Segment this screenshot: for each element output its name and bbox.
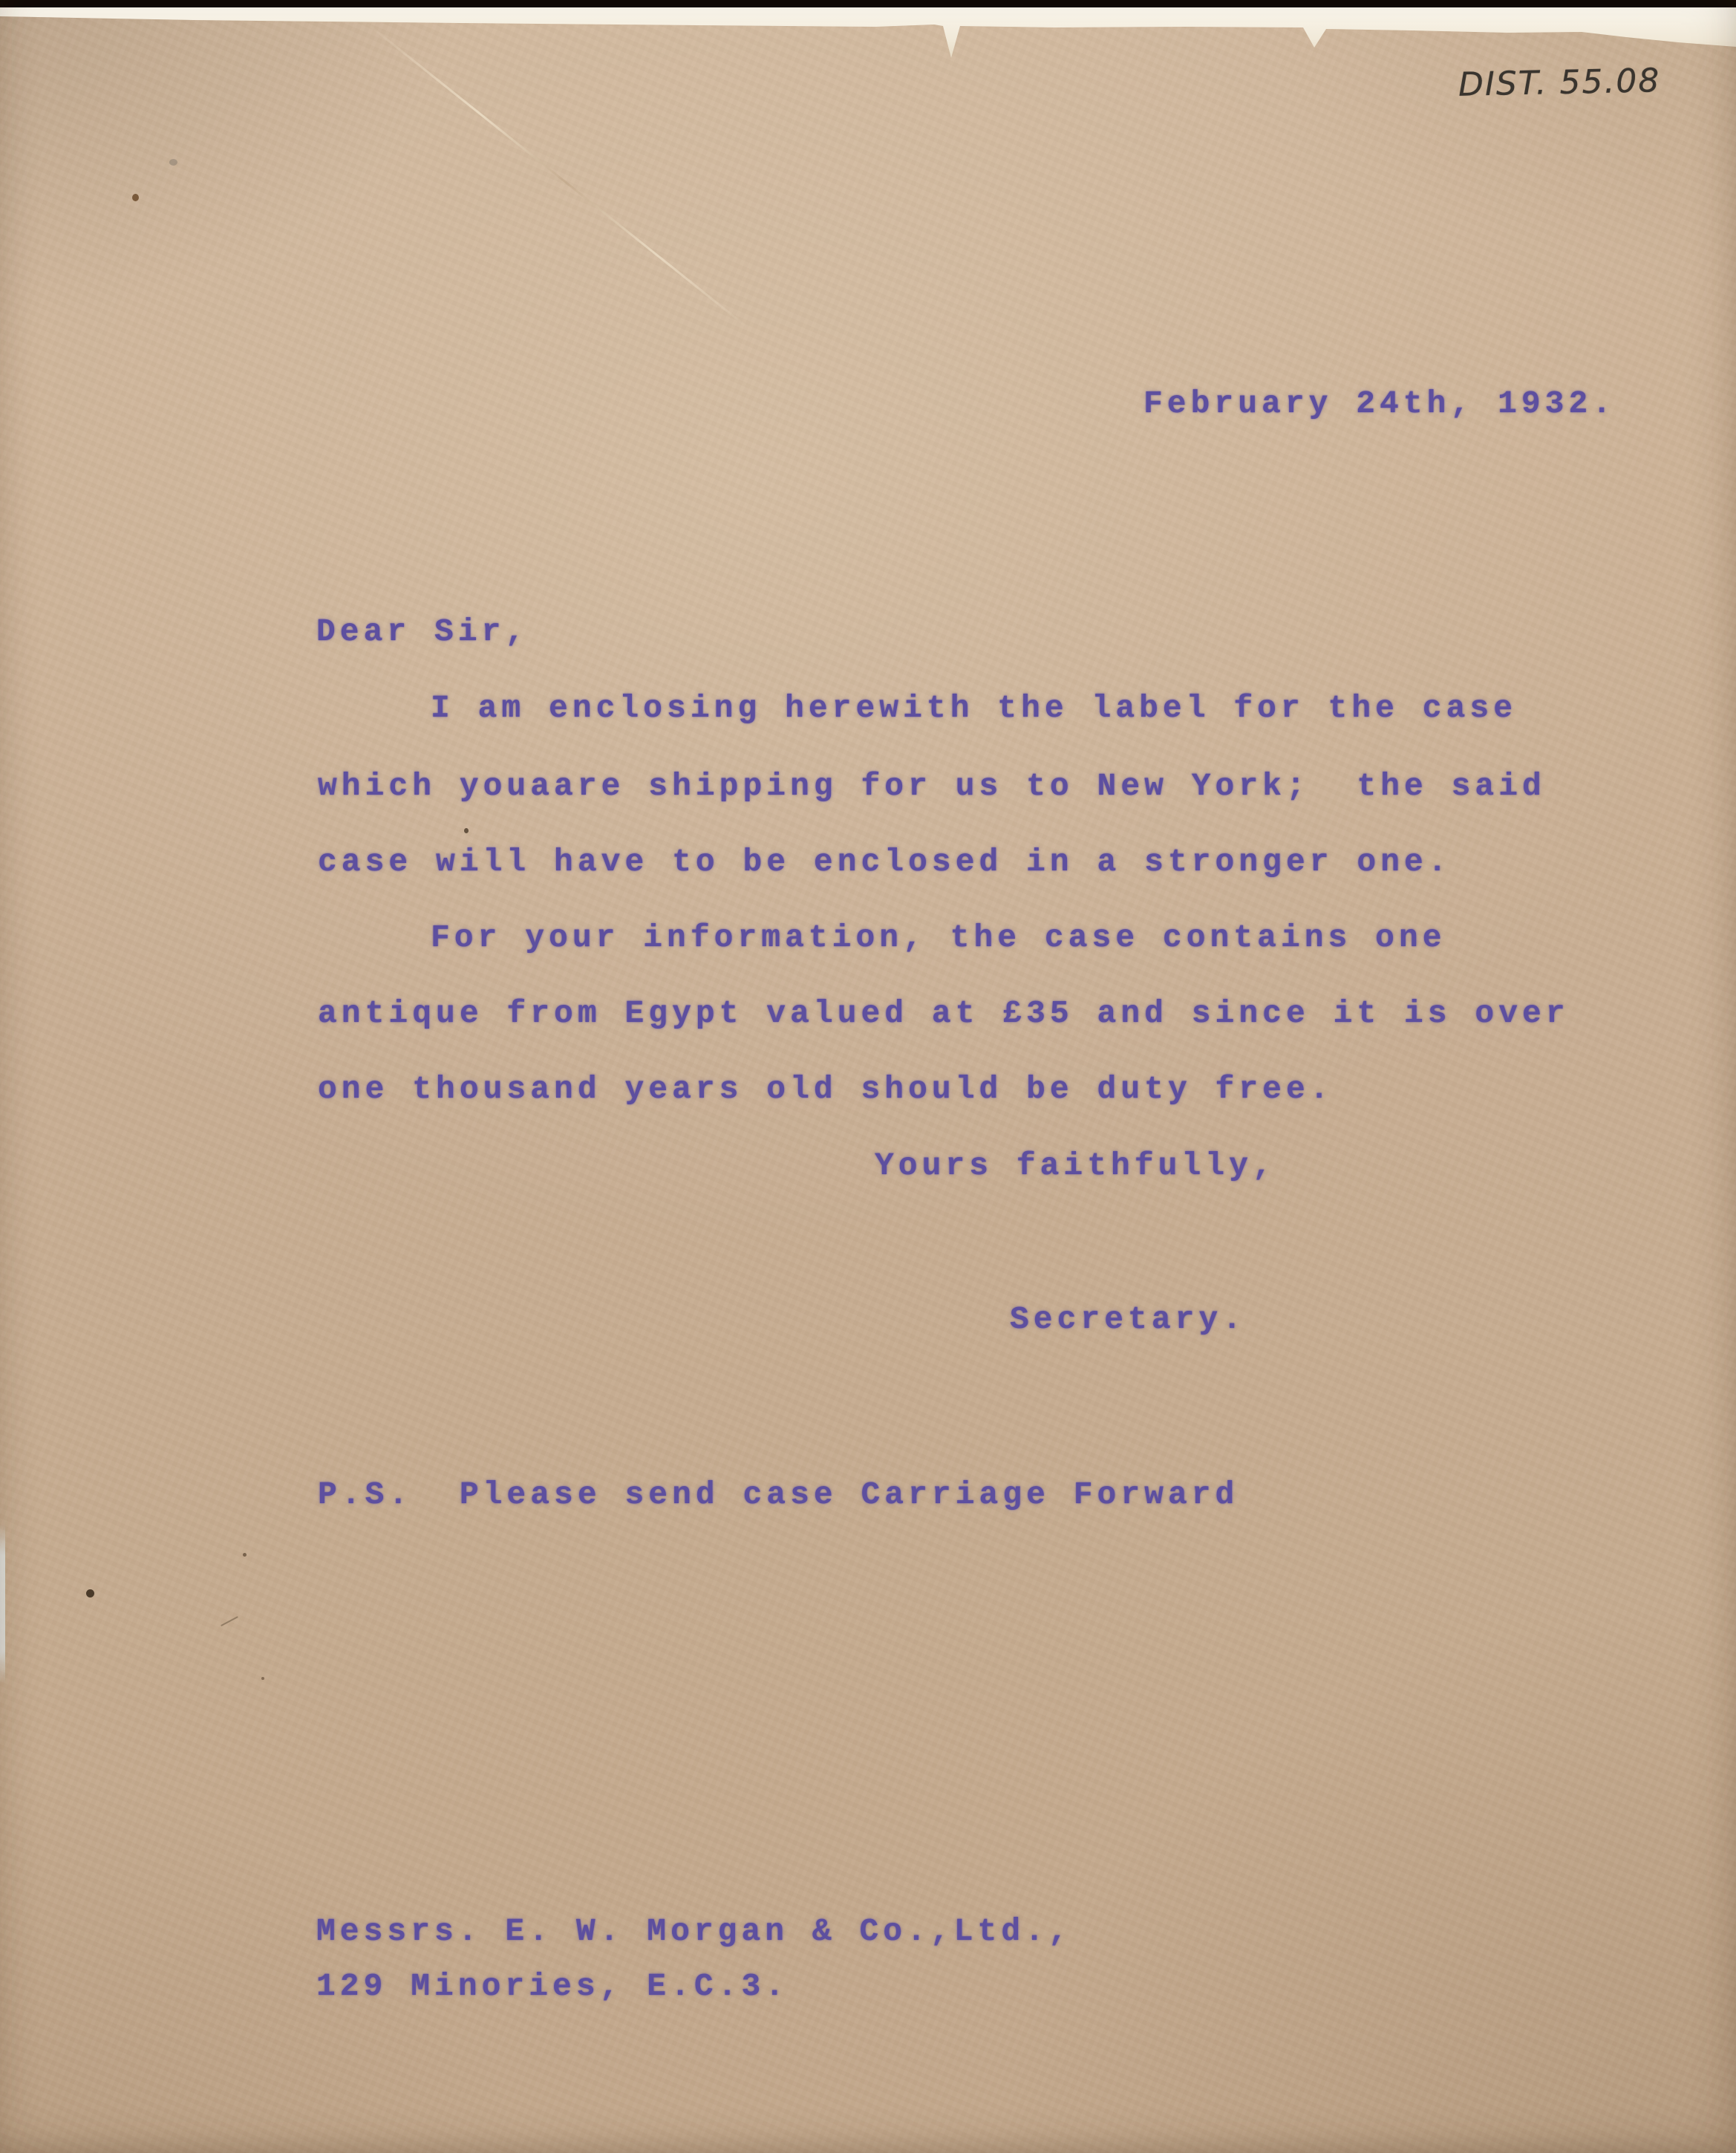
recipient-line: Messrs. E. W. Morgan & Co.,Ltd.,	[316, 1913, 1072, 1950]
body-line: I am enclosing herewith the label for th…	[431, 690, 1517, 726]
scanned-letter: DIST. 55.08 February 24th, 1932. Dear Si…	[0, 0, 1736, 2153]
body-line: antique from Egypt valued at £35 and sin…	[318, 995, 1570, 1032]
body-line: which youaare shipping for us to New Yor…	[318, 768, 1546, 804]
ink-speck	[132, 194, 139, 201]
body-line: one thousand years old should be duty fr…	[318, 1071, 1334, 1107]
signature-line: Secretary.	[1010, 1301, 1246, 1338]
paper-edge-sliver	[0, 1524, 5, 1684]
ink-speck	[86, 1589, 94, 1597]
body-line: case will have to be enclosed in a stron…	[318, 844, 1452, 880]
ink-speck	[464, 828, 469, 833]
ink-speck	[261, 1677, 264, 1680]
ink-speck	[169, 159, 177, 166]
archive-annotation: DIST. 55.08	[1458, 62, 1660, 104]
recipient-line: 129 Minories, E.C.3.	[316, 1968, 789, 2004]
salutation-line: Dear Sir,	[316, 613, 529, 650]
paper-crease	[364, 21, 751, 330]
body-line: For your information, the case contains …	[431, 919, 1446, 956]
ink-speck	[243, 1553, 247, 1557]
closing-line: Yours faithfully,	[875, 1147, 1276, 1184]
date-line: February 24th, 1932.	[1143, 385, 1616, 422]
postscript-line: P.S. Please send case Carriage Forward	[318, 1476, 1239, 1513]
paper-fiber	[221, 1616, 238, 1626]
letter-paper: DIST. 55.08 February 24th, 1932. Dear Si…	[0, 0, 1736, 2153]
